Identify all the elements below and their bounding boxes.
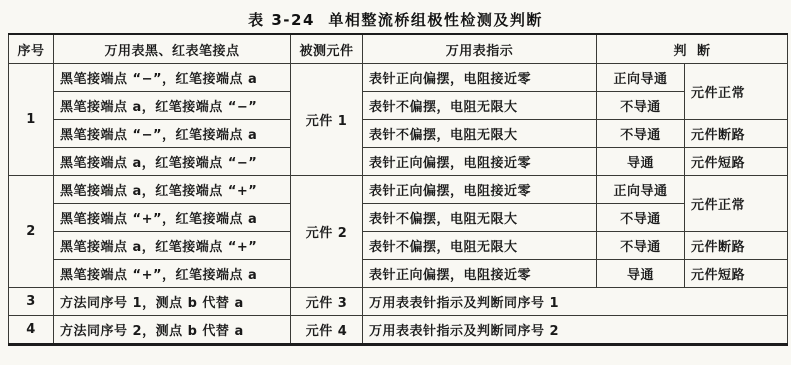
result-cell: 导通 xyxy=(597,148,685,176)
result-cell: 不导通 xyxy=(597,232,685,260)
header-indication: 万用表指示 xyxy=(363,34,597,64)
table-row: 黑笔接端点 “−”，红笔接端点 a 表针不偏摆，电阻无限大 不导通 元件断路 xyxy=(9,120,788,148)
header-row: 序号 万用表黑、红表笔接点 被测元件 万用表指示 判 断 xyxy=(9,34,788,64)
table-title: 表 3-24 单相整流桥组极性检测及判断 xyxy=(0,9,791,30)
seq-cell: 4 xyxy=(9,316,54,345)
seq-cell: 2 xyxy=(9,176,54,288)
indication-cell: 表针正向偏摆，电阻接近零 xyxy=(363,148,597,176)
result-cell: 不导通 xyxy=(597,92,685,120)
judgment-cell: 元件短路 xyxy=(685,260,788,288)
probe-cell: 黑笔接端点 a，红笔接端点 “+” xyxy=(54,232,291,260)
table-row: 黑笔接端点 a，红笔接端点 “−” 表针正向偏摆，电阻接近零 导通 元件短路 xyxy=(9,148,788,176)
polarity-test-table: 序号 万用表黑、红表笔接点 被测元件 万用表指示 判 断 1 黑笔接端点 “−”… xyxy=(8,33,788,346)
component-cell: 元件 2 xyxy=(291,176,363,288)
table-row: 1 黑笔接端点 “−”，红笔接端点 a 元件 1 表针正向偏摆，电阻接近零 正向… xyxy=(9,64,788,92)
indication-cell: 表针不偏摆，电阻无限大 xyxy=(363,232,597,260)
probe-cell: 黑笔接端点 a，红笔接端点 “+” xyxy=(54,176,291,204)
indication-cell: 表针不偏摆，电阻无限大 xyxy=(363,92,597,120)
indication-cell: 表针正向偏摆，电阻接近零 xyxy=(363,260,597,288)
probe-cell: 黑笔接端点 “+”，红笔接端点 a xyxy=(54,260,291,288)
indication-cell: 表针正向偏摆，电阻接近零 xyxy=(363,176,597,204)
result-cell: 不导通 xyxy=(597,120,685,148)
table-row: 黑笔接端点 a，红笔接端点 “+” 表针不偏摆，电阻无限大 不导通 元件断路 xyxy=(9,232,788,260)
note-cell: 万用表表针指示及判断同序号 1 xyxy=(363,288,788,316)
header-judgment: 判 断 xyxy=(597,34,788,64)
note-cell: 万用表表针指示及判断同序号 2 xyxy=(363,316,788,345)
judgment-cell: 元件断路 xyxy=(685,120,788,148)
component-cell: 元件 1 xyxy=(291,64,363,176)
header-component: 被测元件 xyxy=(291,34,363,64)
table-row: 黑笔接端点 “+”，红笔接端点 a 表针正向偏摆，电阻接近零 导通 元件短路 xyxy=(9,260,788,288)
probe-cell: 方法同序号 1，测点 b 代替 a xyxy=(54,288,291,316)
indication-cell: 表针不偏摆，电阻无限大 xyxy=(363,204,597,232)
table-row: 2 黑笔接端点 a，红笔接端点 “+” 元件 2 表针正向偏摆，电阻接近零 正向… xyxy=(9,176,788,204)
judgment-cell: 元件短路 xyxy=(685,148,788,176)
probe-cell: 黑笔接端点 “−”，红笔接端点 a xyxy=(54,64,291,92)
result-cell: 正向导通 xyxy=(597,64,685,92)
table-row: 4 方法同序号 2，测点 b 代替 a 元件 4 万用表表针指示及判断同序号 2 xyxy=(9,316,788,345)
judgment-cell: 元件正常 xyxy=(685,64,788,120)
result-cell: 导通 xyxy=(597,260,685,288)
probe-cell: 方法同序号 2，测点 b 代替 a xyxy=(54,316,291,345)
component-cell: 元件 4 xyxy=(291,316,363,345)
table-row: 3 方法同序号 1，测点 b 代替 a 元件 3 万用表表针指示及判断同序号 1 xyxy=(9,288,788,316)
component-cell: 元件 3 xyxy=(291,288,363,316)
result-cell: 不导通 xyxy=(597,204,685,232)
judgment-cell: 元件断路 xyxy=(685,232,788,260)
seq-cell: 1 xyxy=(9,64,54,176)
probe-cell: 黑笔接端点 “+”，红笔接端点 a xyxy=(54,204,291,232)
header-probe: 万用表黑、红表笔接点 xyxy=(54,34,291,64)
seq-cell: 3 xyxy=(9,288,54,316)
indication-cell: 表针不偏摆，电阻无限大 xyxy=(363,120,597,148)
header-seq: 序号 xyxy=(9,34,54,64)
probe-cell: 黑笔接端点 a，红笔接端点 “−” xyxy=(54,148,291,176)
table-row: 黑笔接端点 a，红笔接端点 “−” 表针不偏摆，电阻无限大 不导通 xyxy=(9,92,788,120)
probe-cell: 黑笔接端点 “−”，红笔接端点 a xyxy=(54,120,291,148)
indication-cell: 表针正向偏摆，电阻接近零 xyxy=(363,64,597,92)
probe-cell: 黑笔接端点 a，红笔接端点 “−” xyxy=(54,92,291,120)
judgment-cell: 元件正常 xyxy=(685,176,788,232)
table-row: 黑笔接端点 “+”，红笔接端点 a 表针不偏摆，电阻无限大 不导通 xyxy=(9,204,788,232)
result-cell: 正向导通 xyxy=(597,176,685,204)
